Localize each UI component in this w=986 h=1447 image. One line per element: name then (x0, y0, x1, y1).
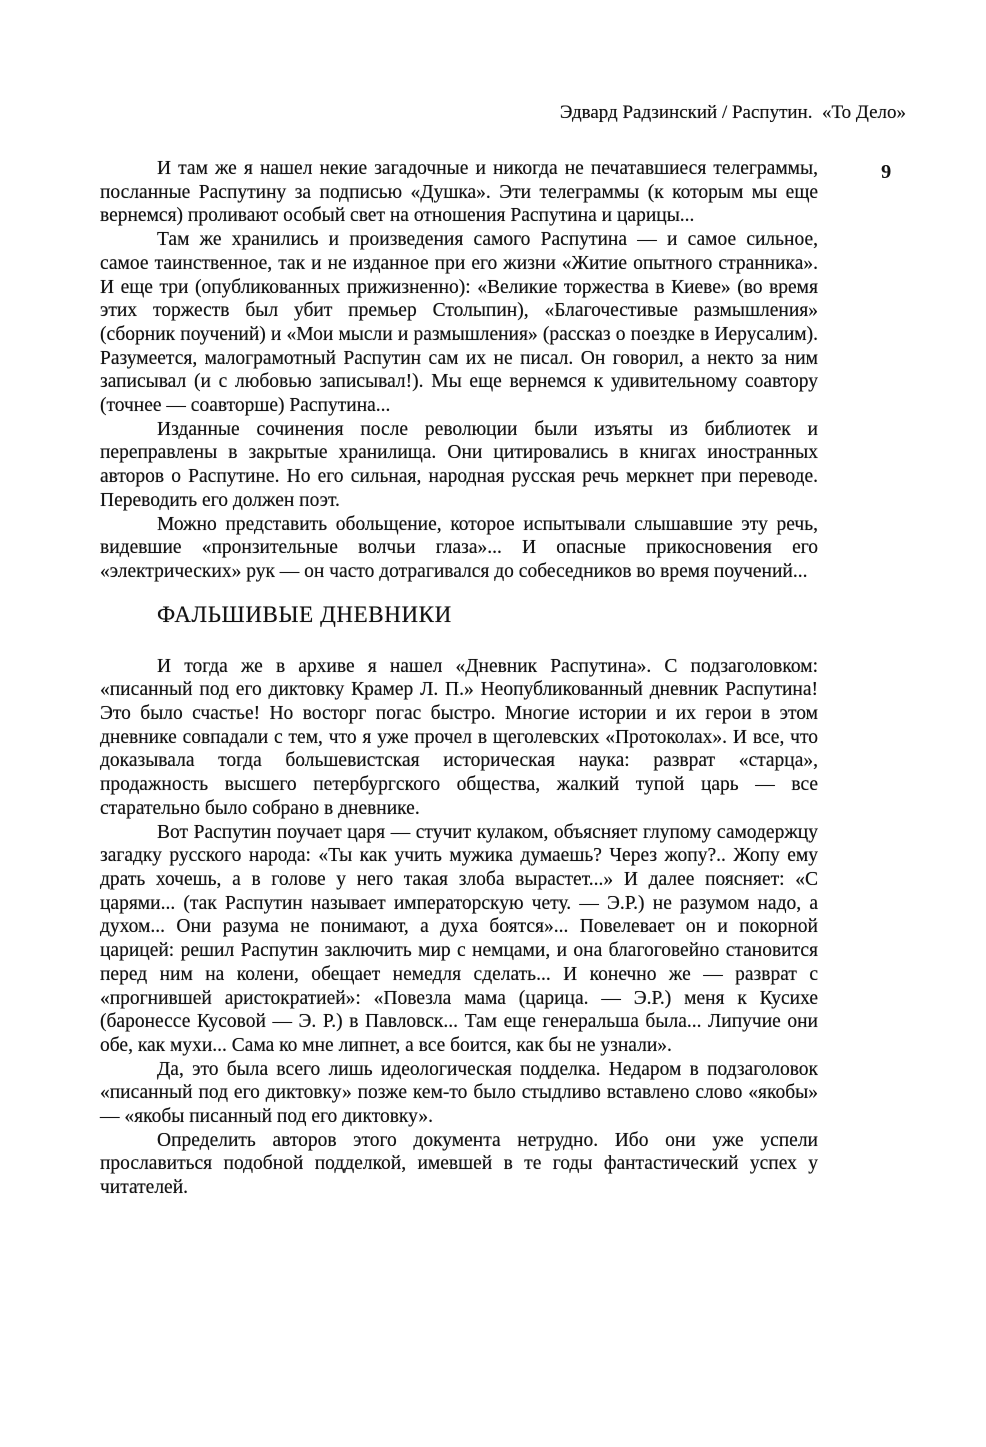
paragraph: Можно представить обольщение, которое ис… (100, 513, 818, 584)
paragraph: Вот Распутин поучает царя — стучит кулак… (100, 821, 818, 1058)
paragraph: Определить авторов этого документа нетру… (100, 1129, 818, 1200)
body-text-column: И там же я нашел некие загадочные и нико… (100, 157, 818, 1200)
page-number: 9 (881, 160, 891, 184)
section-heading: ФАЛЬШИВЫЕ ДНЕВНИКИ (157, 602, 818, 628)
paragraph: Да, это была всего лишь идеологическая п… (100, 1058, 818, 1129)
paragraph: Изданные сочинения после революции были … (100, 418, 818, 513)
book-page: Эдвард Радзинский / Распутин. «То Дело» … (0, 0, 986, 1447)
paragraph: И там же я нашел некие загадочные и нико… (100, 157, 818, 228)
paragraph: И тогда же в архиве я нашел «Дневник Рас… (100, 655, 818, 821)
paragraph: Там же хранились и произведения самого Р… (100, 228, 818, 418)
running-header: Эдвард Радзинский / Распутин. «То Дело» (560, 101, 906, 125)
